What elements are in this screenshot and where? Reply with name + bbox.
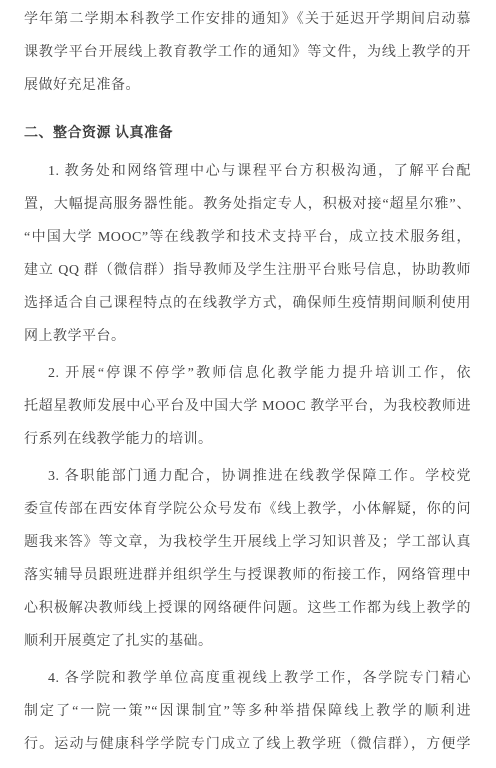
text-line: 题我来答》等文章，为我校学生开展线上学习知识普及；学工部认真 — [24, 526, 471, 559]
text-line: 展做好充足准备。 — [24, 69, 471, 102]
paragraph: 4. 各学院和教学单位高度重视线上教学工作，各学院专门精心制定了“一院一策”“因… — [24, 662, 471, 761]
text-line: 行系列在线教学能力的培训。 — [24, 423, 471, 456]
text-line: 网上教学平台。 — [24, 320, 471, 353]
text-line: 选择适合自己课程特点的在线教学方式，确保师生疫情期间顺利使用 — [24, 287, 471, 320]
text-line: 托超星教师发展中心平台及中国大学 MOOC 教学平台，为我校教师进 — [24, 390, 471, 423]
paragraph: 1. 教务处和网络管理中心与课程平台方积极沟通，了解平台配置，大幅提高服务器性能… — [24, 155, 471, 353]
text-line: 心积极解决教师线上授课的网络硬件问题。这些工作都为线上教学的 — [24, 592, 471, 625]
text-line: 2. 开展“停课不停学”教师信息化教学能力提升培训工作，依 — [24, 357, 471, 390]
text-line: 落实辅导员跟班进群并组织学生与授课教师的衔接工作，网络管理中 — [24, 559, 471, 592]
text-line: 顺利开展奠定了扎实的基础。 — [24, 625, 471, 658]
text-line: 制定了“一院一策”“因课制宜”等多种举措保障线上教学的顺利进 — [24, 695, 471, 728]
text-line: 行。运动与健康科学学院专门成立了线上教学班（微信群），方便学 — [24, 728, 471, 761]
paragraph: 学年第二学期本科教学工作安排的通知》《关于延迟开学期间启动慕课教学平台开展线上教… — [24, 3, 471, 102]
text-line: 1. 教务处和网络管理中心与课程平台方积极沟通，了解平台配 — [24, 155, 471, 188]
document-body: 学年第二学期本科教学工作安排的通知》《关于延迟开学期间启动慕课教学平台开展线上教… — [24, 3, 471, 761]
section-heading: 二、整合资源 认真准备 — [24, 117, 471, 150]
paragraph: 2. 开展“停课不停学”教师信息化教学能力提升培训工作，依托超星教师发展中心平台… — [24, 357, 471, 456]
text-line: 课教学平台开展线上教育教学工作的通知》等文件，为线上教学的开 — [24, 36, 471, 69]
paragraph: 3. 各职能部门通力配合，协调推进在线教学保障工作。学校党委宣传部在西安体育学院… — [24, 460, 471, 658]
document-page: 学年第二学期本科教学工作安排的通知》《关于延迟开学期间启动慕课教学平台开展线上教… — [0, 0, 496, 768]
text-line: 置，大幅提高服务器性能。教务处指定专人，积极对接“超星尔雅”、 — [24, 188, 471, 221]
text-line: 4. 各学院和教学单位高度重视线上教学工作，各学院专门精心 — [24, 662, 471, 695]
text-line: “中国大学 MOOC”等在线教学和技术支持平台，成立技术服务组， — [24, 221, 471, 254]
text-line: 建立 QQ 群（微信群）指导教师及学生注册平台账号信息，协助教师 — [24, 254, 471, 287]
text-line: 3. 各职能部门通力配合，协调推进在线教学保障工作。学校党 — [24, 460, 471, 493]
text-line: 学年第二学期本科教学工作安排的通知》《关于延迟开学期间启动慕 — [24, 3, 471, 36]
text-line: 委宣传部在西安体育学院公众号发布《线上教学，小体解疑，你的问 — [24, 493, 471, 526]
